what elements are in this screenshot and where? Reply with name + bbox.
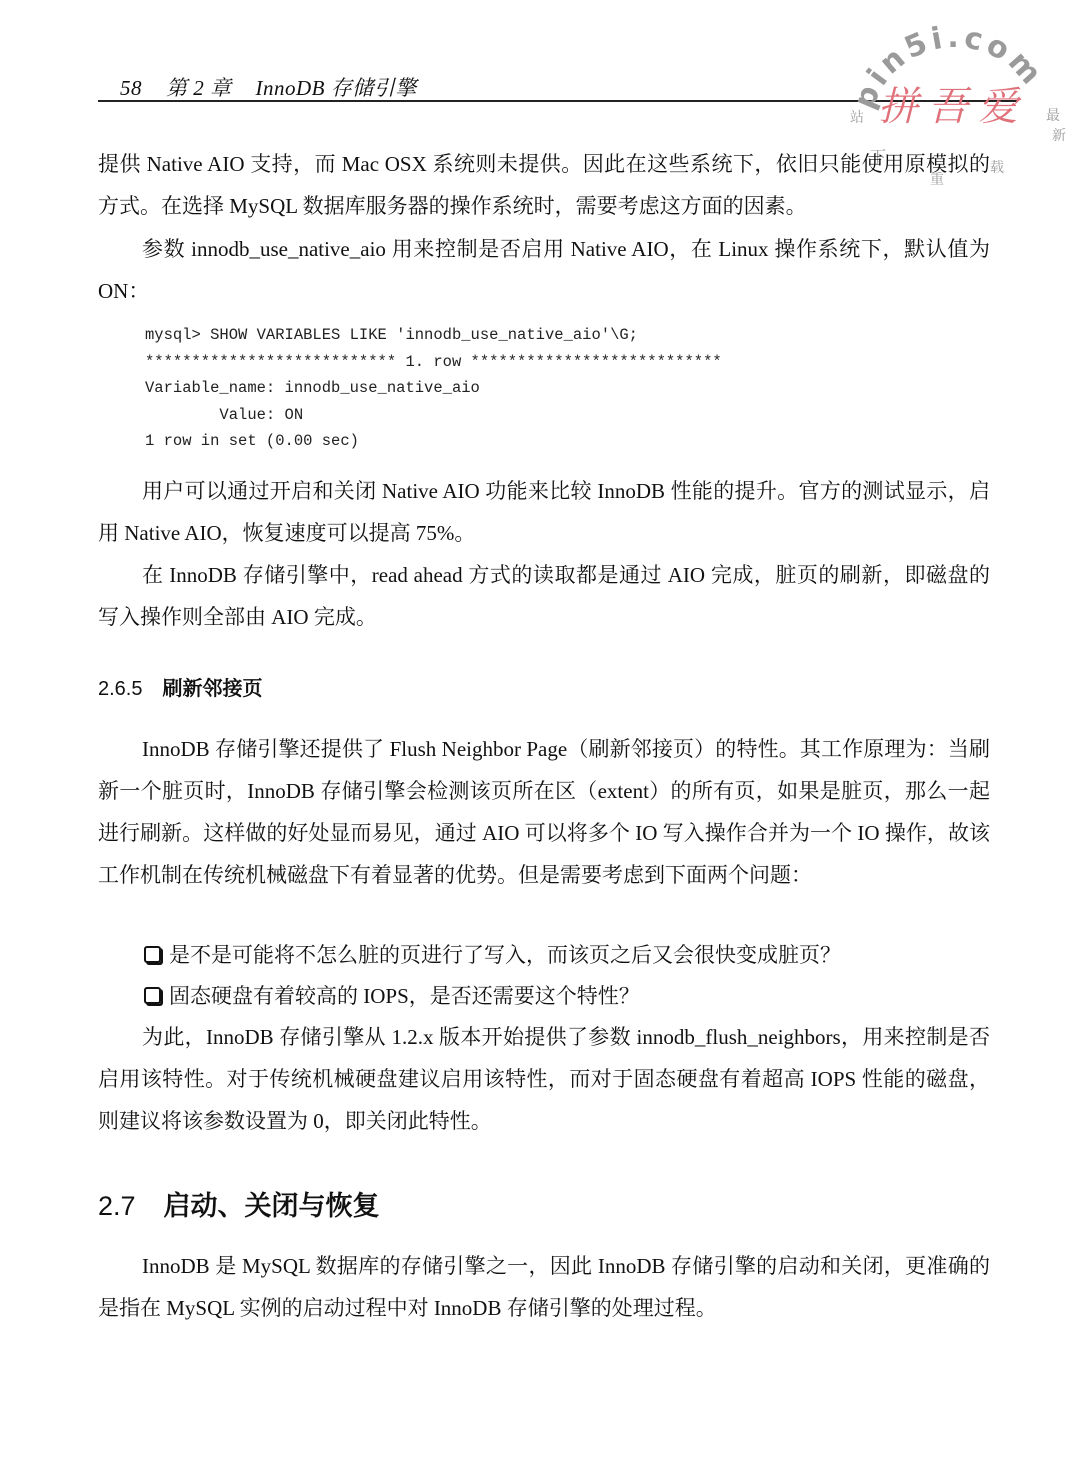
section-number: 2.7 [98, 1191, 136, 1221]
svg-text:拼吾爱: 拼吾爱 [878, 84, 1028, 130]
header-text: 58第 2 章InnoDB 存储引擎 [120, 72, 441, 102]
svg-text:最: 最 [1046, 108, 1060, 124]
list-item: 固态硬盘有着较高的 IOPS，是否还需要这个特性？ [144, 981, 640, 1011]
list-item-text: 是不是可能将不怎么脏的页进行了写入，而该页之后又会很快变成脏页？ [169, 943, 841, 967]
svg-text:新: 新 [1052, 128, 1066, 144]
page-number: 58 [120, 76, 142, 100]
code-line: *************************** 1. row *****… [145, 349, 722, 376]
section-heading-2-6-5: 2.6.5刷新邻接页 [98, 672, 262, 701]
checkbox-bullet-icon [144, 987, 161, 1004]
code-block: mysql> SHOW VARIABLES LIKE 'innodb_use_n… [145, 322, 722, 455]
section-title: 刷新邻接页 [162, 678, 262, 700]
paragraph-innodb-flush-neighbors: 为此，InnoDB 存储引擎从 1.2.x 版本开始提供了参数 innodb_f… [98, 1016, 990, 1142]
code-line: mysql> SHOW VARIABLES LIKE 'innodb_use_n… [145, 322, 722, 349]
checkbox-bullet-icon [144, 946, 161, 963]
svg-text:站: 站 [850, 109, 864, 126]
section-title: 启动、关闭与恢复 [164, 1191, 380, 1221]
section-heading-2-7: 2.7启动、关闭与恢复 [98, 1184, 380, 1223]
code-line: 1 row in set (0.00 sec) [145, 428, 722, 455]
chapter-label: 第 2 章 [166, 76, 232, 100]
paragraph-innodb-use-native-aio: 参数 innodb_use_native_aio 用来控制是否启用 Native… [98, 228, 990, 312]
chapter-title: InnoDB 存储引擎 [256, 76, 417, 100]
list-item: 是不是可能将不怎么脏的页进行了写入，而该页之后又会很快变成脏页？ [144, 940, 841, 970]
paragraph-native-aio-performance: 用户可以通过开启和关闭 Native AIO 功能来比较 InnoDB 性能的提… [98, 470, 990, 554]
code-line: Variable_name: innodb_use_native_aio [145, 375, 722, 402]
paragraph-startup-shutdown: InnoDB 是 MySQL 数据库的存储引擎之一，因此 InnoDB 存储引擎… [98, 1245, 990, 1329]
paragraph-flush-neighbor-page: InnoDB 存储引擎还提供了 Flush Neighbor Page（刷新邻接… [98, 728, 990, 896]
svg-text:载: 载 [990, 159, 1004, 176]
list-item-text: 固态硬盘有着较高的 IOPS，是否还需要这个特性？ [169, 984, 640, 1008]
code-line: Value: ON [145, 402, 722, 429]
section-number: 2.6.5 [98, 678, 142, 700]
paragraph-native-aio-platforms: 提供 Native AIO 支持，而 Mac OSX 系统则未提供。因此在这些系… [98, 143, 990, 227]
paragraph-read-ahead-aio: 在 InnoDB 存储引擎中，read ahead 方式的读取都是通过 AIO … [98, 554, 990, 638]
